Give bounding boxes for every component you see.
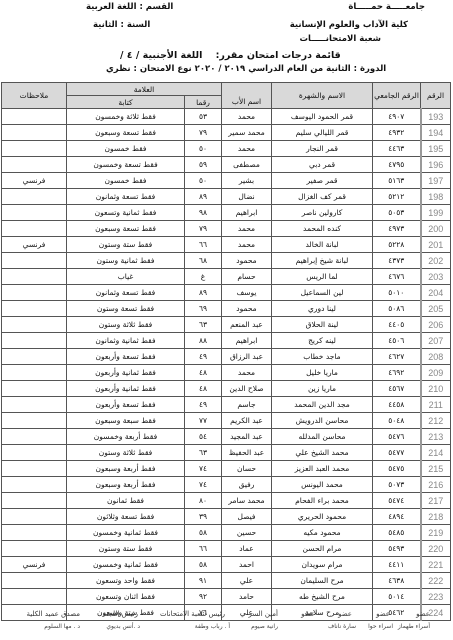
- row-father-name: محمد: [222, 365, 272, 381]
- row-grade-numeric: ٧٩: [185, 125, 222, 141]
- row-student-name: قمر دبي: [272, 157, 373, 173]
- signature-title: عضو: [301, 610, 315, 618]
- row-student-name: قمر كف الغزال: [272, 189, 373, 205]
- row-grade-written: فقط ستة وستون: [66, 541, 184, 557]
- row-father-name: عبد المجيد: [222, 429, 272, 445]
- row-grade-written: غياب: [66, 269, 184, 285]
- table-row: 204٥٠١٠لين السماعيليوسف٨٩فقط تسعة وثمانو…: [1, 285, 450, 301]
- row-father-name: رفيق: [222, 477, 272, 493]
- row-remark: [1, 365, 66, 381]
- row-grade-numeric: ٩١: [185, 573, 222, 589]
- row-father-name: ابراهيم: [222, 333, 272, 349]
- col-header-grade-written: كتابة: [66, 96, 184, 109]
- row-student-name: محمود الحريري: [272, 509, 373, 525]
- row-index: 198: [421, 189, 451, 205]
- row-father-name: احمد: [222, 557, 272, 573]
- row-grade-numeric: ٤٩: [185, 397, 222, 413]
- signature-name: اسراء حوا: [368, 623, 393, 630]
- table-row: 210٤٥٦٧ماريا زينصلاح الدين٤٨فقط ثمانية و…: [1, 381, 450, 397]
- row-grade-written: فقط ثمانية وخمسون: [66, 557, 184, 573]
- row-grade-written: فقط خمسون: [66, 173, 184, 189]
- signature-name: سارة ناناف: [328, 623, 356, 630]
- table-row: 215٥٤٧٥محمد العبد العزيزحسان٧٤فقط أربعة …: [1, 461, 450, 477]
- row-index: 210: [421, 381, 451, 397]
- row-grade-written: فقط خمسون: [66, 141, 184, 157]
- row-student-name: قمر صفير: [272, 173, 373, 189]
- row-grade-numeric: ٤٩: [185, 349, 222, 365]
- table-row: 212٥٠٤٨محاسن الدرويشعبد الكريم٧٧فقط سبعة…: [1, 413, 450, 429]
- row-father-name: نضال: [222, 189, 272, 205]
- table-row: 201٥٢٢٨لبانة الخالدمحمد٦٦فقط ستة وستونفر…: [1, 237, 450, 253]
- row-university-number: ٤٥٠٦: [373, 333, 421, 349]
- row-father-name: علي: [222, 573, 272, 589]
- table-row: 211٤٤٥٨مجد الدين المحمدجاسم٤٩فقط تسعة وأ…: [1, 397, 450, 413]
- row-remark: [1, 189, 66, 205]
- row-index: 202: [421, 253, 451, 269]
- row-remark: [1, 397, 66, 413]
- row-student-name: محمد العبد العزيز: [272, 461, 373, 477]
- row-remark: [1, 221, 66, 237]
- row-index: 204: [421, 285, 451, 301]
- signature-title: عضو: [338, 610, 352, 618]
- row-grade-numeric: ٥٠: [185, 173, 222, 189]
- row-grade-numeric: ٣٩: [185, 509, 222, 525]
- row-student-name: مرام الحسن: [272, 541, 373, 557]
- row-father-name: جاسم: [222, 397, 272, 413]
- row-grade-written: فقط ثلاثة وستون: [66, 317, 184, 333]
- row-grade-numeric: ٧٩: [185, 221, 222, 237]
- signature-title: عضو: [416, 610, 430, 618]
- row-student-name: مرح الشيخ طه: [272, 589, 373, 605]
- table-row: 219٥٤٨٥محمود مكيهحسين٥٨فقط ثمانية وخمسون: [1, 525, 450, 541]
- row-grade-written: فقط تسعة وثمانون: [66, 189, 184, 205]
- table-row: 197٥١٦٣قمر صفيربشير٥٠فقط خمسونفرنسي: [1, 173, 450, 189]
- row-grade-written: فقط اثنان وتسعون: [66, 589, 184, 605]
- row-father-name: محمود: [222, 253, 272, 269]
- row-remark: [1, 285, 66, 301]
- row-student-name: لينة الحلاق: [272, 317, 373, 333]
- row-grade-written: فقط ثمانون: [66, 493, 184, 509]
- row-remark: [1, 541, 66, 557]
- row-grade-numeric: ٥٨: [185, 557, 222, 573]
- row-university-number: ٤٥٦٧: [373, 381, 421, 397]
- row-index: 207: [421, 333, 451, 349]
- row-grade-written: فقط ثمانية وثمانون: [66, 333, 184, 349]
- row-university-number: ٤٧٩٥: [373, 157, 421, 173]
- row-student-name: محاسن الدرويش: [272, 413, 373, 429]
- row-grade-written: فقط ثلاثة وستون: [66, 445, 184, 461]
- row-university-number: ٥٠١٤: [373, 589, 421, 605]
- row-grade-numeric: ٦٦: [185, 237, 222, 253]
- row-student-name: مرام سويدان: [272, 557, 373, 573]
- row-remark: فرنسي: [1, 557, 66, 573]
- signature-name: رانية صيوم: [251, 623, 278, 630]
- row-remark: فرنسي: [1, 237, 66, 253]
- row-grade-numeric: ٩٨: [185, 205, 222, 221]
- table-row: 198٥٢١٢قمر كف الغزالنضال٨٩فقط تسعة وثمان…: [1, 189, 450, 205]
- table-row: 216٥٠٧٣محمد اليونسرفيق٧٤فقط أربعة وسبعون: [1, 477, 450, 493]
- row-grade-written: فقط تسعة وثمانون: [66, 285, 184, 301]
- row-grade-numeric: ٨٨: [185, 333, 222, 349]
- row-grade-numeric: ٤٨: [185, 365, 222, 381]
- row-father-name: محمود: [222, 301, 272, 317]
- row-student-name: كنده المحمد: [272, 221, 373, 237]
- row-index: 220: [421, 541, 451, 557]
- row-father-name: محمد: [222, 221, 272, 237]
- row-university-number: ٥٤٧٥: [373, 461, 421, 477]
- row-grade-numeric: ٦٩: [185, 301, 222, 317]
- table-row: 214٥٤٧٧محمد الشيخ عليعبد الحفيظ٦٣فقط ثلا…: [1, 445, 450, 461]
- row-student-name: قمر النجار: [272, 141, 373, 157]
- col-header-remarks: ملاحظات: [1, 83, 66, 109]
- table-row: 200٤٩٧٣كنده المحمدمحمد٧٩فقط تسعة وسبعون: [1, 221, 450, 237]
- row-student-name: لبانة الخالد: [272, 237, 373, 253]
- col-header-index: الرقم: [421, 83, 451, 109]
- row-index: 205: [421, 301, 451, 317]
- table-row: 202٤٣٧٣لبانة شيخ إبراهيممحمود٦٨فقط ثماني…: [1, 253, 450, 269]
- row-student-name: ماريا خليل: [272, 365, 373, 381]
- table-row: 207٤٥٠٦لينه كريجابراهيم٨٨فقط ثمانية وثما…: [1, 333, 450, 349]
- row-university-number: ٥٢١٢: [373, 189, 421, 205]
- row-grade-written: فقط تسعة وستون: [66, 301, 184, 317]
- row-university-number: ٥٠٨٦: [373, 301, 421, 317]
- row-university-number: ٤٤٥٨: [373, 397, 421, 413]
- row-university-number: ٤٩٧٣: [373, 221, 421, 237]
- row-grade-numeric: ٨٩: [185, 285, 222, 301]
- university-name: جامعـــــة حمـــــاة: [348, 2, 425, 12]
- row-remark: [1, 269, 66, 285]
- row-student-name: مرح السليمان: [272, 573, 373, 589]
- signature-title: رئيس اللجنة: [103, 610, 138, 618]
- row-student-name: محمد براء الفحام: [272, 493, 373, 509]
- signature-title: مصدق عميد الكلية: [26, 610, 80, 618]
- row-index: 223: [421, 589, 451, 605]
- row-grade-written: فقط ثلاثة وخمسون: [66, 109, 184, 125]
- signature-name: أسراء طهماز: [398, 623, 430, 630]
- table-row: 209٤٦٩٢ماريا خليلمحمد٤٨فقط ثمانية وأربعو…: [1, 365, 450, 381]
- row-student-name: لما الريس: [272, 269, 373, 285]
- table-row: 213٥٤٧٦محاسن المدللهعبد المجيد٥٤فقط أربع…: [1, 429, 450, 445]
- table-row: 195٤٤٦٣قمر النجارمحمد٥٠فقط خمسون: [1, 141, 450, 157]
- row-grade-numeric: ٩٢: [185, 589, 222, 605]
- faculty-name: كلية الآداب والعلوم الإنسانية: [290, 20, 408, 30]
- row-university-number: ٤٦٩٢: [373, 365, 421, 381]
- row-remark: [1, 589, 66, 605]
- row-university-number: ٥٠٧٣: [373, 477, 421, 493]
- row-grade-numeric: ٧٤: [185, 477, 222, 493]
- row-remark: [1, 461, 66, 477]
- row-father-name: عبد الحفيظ: [222, 445, 272, 461]
- row-university-number: ٥٤٧٤: [373, 493, 421, 509]
- row-grade-written: فقط ستة وستون: [66, 237, 184, 253]
- row-remark: فرنسي: [1, 173, 66, 189]
- grades-table-wrapper: الرقم الرقم الجامعي الاسم والشهرة العلام…: [2, 82, 451, 621]
- row-student-name: لينا دوري: [272, 301, 373, 317]
- row-index: 199: [421, 205, 451, 221]
- table-row: 194٤٩٣٢قمر الليالي سليممحمد سمير٧٩فقط تس…: [1, 125, 450, 141]
- row-index: 217: [421, 493, 451, 509]
- row-student-name: ماجد خطاب: [272, 349, 373, 365]
- signature-name: أ . رباب وطفة: [195, 623, 230, 630]
- row-index: 203: [421, 269, 451, 285]
- row-remark: [1, 125, 66, 141]
- row-father-name: يوسف: [222, 285, 272, 301]
- table-row: 222٤٦٣٨مرح السليمانعلي٩١فقط واحد وتسعون: [1, 573, 450, 589]
- row-university-number: ٥٤٧٧: [373, 445, 421, 461]
- signature-title: عضو: [376, 610, 390, 618]
- row-university-number: ٤٤٦٣: [373, 141, 421, 157]
- table-row: 217٥٤٧٤محمد براء الفحاممحمد سامر٨٠فقط ثم…: [1, 493, 450, 509]
- row-university-number: ٤٤٠٥: [373, 317, 421, 333]
- row-grade-numeric: ٥٩: [185, 157, 222, 173]
- row-grade-written: فقط أربعة وسبعون: [66, 461, 184, 477]
- signature-name: د .أنس بديوي: [106, 623, 140, 630]
- row-father-name: عماد: [222, 541, 272, 557]
- row-grade-written: فقط ثمانية وستون: [66, 253, 184, 269]
- row-university-number: ٥٤٩٣: [373, 541, 421, 557]
- row-grade-numeric: ٦٣: [185, 445, 222, 461]
- row-grade-numeric: ٥٨: [185, 525, 222, 541]
- row-index: 194: [421, 125, 451, 141]
- row-father-name: عبد المنعم: [222, 317, 272, 333]
- row-father-name: فيصل: [222, 509, 272, 525]
- row-father-name: عبد الكريم: [222, 413, 272, 429]
- row-grade-numeric: ٧٤: [185, 461, 222, 477]
- session-line: الدورة : الثانية من العام الدراسي ٢٠١٩ /…: [106, 64, 386, 74]
- row-index: 215: [421, 461, 451, 477]
- row-index: 213: [421, 429, 451, 445]
- row-university-number: ٥١٦٣: [373, 173, 421, 189]
- row-father-name: مصطفى: [222, 157, 272, 173]
- department-label: القسم : اللغة العربية: [86, 2, 173, 12]
- row-university-number: ٤٦٢٧: [373, 349, 421, 365]
- row-remark: [1, 157, 66, 173]
- row-grade-numeric: غ: [185, 269, 222, 285]
- row-index: 216: [421, 477, 451, 493]
- row-index: 219: [421, 525, 451, 541]
- row-university-number: ٤٨٩٤: [373, 509, 421, 525]
- row-grade-written: فقط ثمانية وأربعون: [66, 365, 184, 381]
- table-row: 205٥٠٨٦لينا دوريمحمود٦٩فقط تسعة وستون: [1, 301, 450, 317]
- signature-title: رئيس شعبة الامتحانات: [160, 610, 225, 618]
- row-father-name: حسين: [222, 525, 272, 541]
- year-label: السنة : الثانية: [93, 20, 150, 30]
- table-row: 208٤٦٢٧ماجد خطابعبد الرزاق٤٩فقط تسعة وأر…: [1, 349, 450, 365]
- row-index: 195: [421, 141, 451, 157]
- row-index: 214: [421, 445, 451, 461]
- row-grade-written: فقط تسعة وأربعون: [66, 397, 184, 413]
- row-grade-written: فقط تسعة وسبعون: [66, 221, 184, 237]
- row-student-name: قمر الحمود اليوسف: [272, 109, 373, 125]
- row-university-number: ٥٠٤٨: [373, 413, 421, 429]
- row-index: 209: [421, 365, 451, 381]
- row-grade-numeric: ٨٠: [185, 493, 222, 509]
- row-student-name: لين السماعيل: [272, 285, 373, 301]
- table-row: 203٤٦٧٦لما الريسحسامغغياب: [1, 269, 450, 285]
- row-university-number: ٤٣٧٣: [373, 253, 421, 269]
- row-grade-numeric: ٧٧: [185, 413, 222, 429]
- row-grade-numeric: ٥٣: [185, 109, 222, 125]
- row-grade-numeric: ٦٦: [185, 541, 222, 557]
- col-header-name: الاسم والشهرة: [272, 83, 373, 109]
- row-grade-written: فقط تسعة وأربعون: [66, 349, 184, 365]
- table-row: 221٤٤١١مرام سويداناحمد٥٨فقط ثمانية وخمسو…: [1, 557, 450, 573]
- row-remark: [1, 477, 66, 493]
- page-title: قائمة درجات امتحان مقرر: اللغة الأجنبية …: [120, 50, 341, 61]
- grades-table-body: 193٤٩٠٧قمر الحمود اليوسفمحمد٥٣فقط ثلاثة …: [1, 109, 450, 621]
- row-student-name: محمد الشيخ علي: [272, 445, 373, 461]
- row-index: 222: [421, 573, 451, 589]
- row-student-name: محاسن المدلله: [272, 429, 373, 445]
- row-grade-written: فقط أربعة وسبعون: [66, 477, 184, 493]
- grades-table: الرقم الرقم الجامعي الاسم والشهرة العلام…: [1, 82, 451, 621]
- row-index: 221: [421, 557, 451, 573]
- row-university-number: ٥٤٨٥: [373, 525, 421, 541]
- row-remark: [1, 317, 66, 333]
- row-grade-numeric: ٥٠: [185, 141, 222, 157]
- row-grade-numeric: ٥٤: [185, 429, 222, 445]
- row-grade-written: فقط أربعة وخمسون: [66, 429, 184, 445]
- table-row: 223٥٠١٤مرح الشيخ طهحامد٩٢فقط اثنان وتسعو…: [1, 589, 450, 605]
- row-remark: [1, 141, 66, 157]
- row-grade-numeric: ٨٩: [185, 189, 222, 205]
- col-header-grade-group: العلامة: [66, 83, 221, 96]
- row-remark: [1, 429, 66, 445]
- title-prefix: قائمة درجات امتحان مقرر:: [216, 50, 341, 61]
- row-student-name: لبانة شيخ إبراهيم: [272, 253, 373, 269]
- table-row: 220٥٤٩٣مرام الحسنعماد٦٦فقط ستة وستون: [1, 541, 450, 557]
- table-row: 193٤٩٠٧قمر الحمود اليوسفمحمد٥٣فقط ثلاثة …: [1, 109, 450, 125]
- row-remark: [1, 413, 66, 429]
- row-father-name: حامد: [222, 589, 272, 605]
- row-grade-written: فقط ثمانية وأربعون: [66, 381, 184, 397]
- row-father-name: حسام: [222, 269, 272, 285]
- row-remark: [1, 381, 66, 397]
- row-remark: [1, 509, 66, 525]
- row-index: 201: [421, 237, 451, 253]
- row-index: 196: [421, 157, 451, 173]
- row-student-name: لينه كريج: [272, 333, 373, 349]
- col-header-university-number: الرقم الجامعي: [373, 83, 421, 109]
- table-row: 218٤٨٩٤محمود الحريريفيصل٣٩فقط تسعة وثلاث…: [1, 509, 450, 525]
- row-university-number: ٥٠٥٣: [373, 205, 421, 221]
- row-university-number: ٥٠١٠: [373, 285, 421, 301]
- row-father-name: محمد سامر: [222, 493, 272, 509]
- table-row: 196٤٧٩٥قمر دبيمصطفى٥٩فقط تسعة وخمسون: [1, 157, 450, 173]
- row-index: 211: [421, 397, 451, 413]
- row-index: 193: [421, 109, 451, 125]
- col-header-grade-numeric: رقما: [185, 96, 222, 109]
- row-grade-numeric: ٦٨: [185, 253, 222, 269]
- row-remark: [1, 109, 66, 125]
- row-university-number: ٤٤١١: [373, 557, 421, 573]
- row-student-name: مرح سلامة: [272, 605, 373, 621]
- col-header-father-spacer: [222, 83, 272, 96]
- row-index: 218: [421, 509, 451, 525]
- row-remark: [1, 445, 66, 461]
- row-remark: [1, 349, 66, 365]
- row-remark: [1, 301, 66, 317]
- row-father-name: حسان: [222, 461, 272, 477]
- row-father-name: ابراهيم: [222, 205, 272, 221]
- row-index: 208: [421, 349, 451, 365]
- row-grade-written: فقط واحد وتسعون: [66, 573, 184, 589]
- table-row: 199٥٠٥٣كارولين ناصرابراهيم٩٨فقط ثمانية و…: [1, 205, 450, 221]
- row-university-number: ٤٩٣٢: [373, 125, 421, 141]
- row-grade-written: فقط ثمانية وتسعون: [66, 205, 184, 221]
- row-grade-written: فقط تسعة وثلاثون: [66, 509, 184, 525]
- row-student-name: قمر الليالي سليم: [272, 125, 373, 141]
- row-father-name: بشير: [222, 173, 272, 189]
- table-row: 206٤٤٠٥لينة الحلاقعبد المنعم٦٣فقط ثلاثة …: [1, 317, 450, 333]
- row-index: 212: [421, 413, 451, 429]
- row-father-name: محمد سمير: [222, 125, 272, 141]
- row-grade-numeric: ٤٨: [185, 381, 222, 397]
- row-remark: [1, 205, 66, 221]
- row-father-name: عبد الرزاق: [222, 349, 272, 365]
- row-university-number: ٥٤٧٦: [373, 429, 421, 445]
- row-student-name: مجد الدين المحمد: [272, 397, 373, 413]
- row-index: 206: [421, 317, 451, 333]
- row-grade-written: فقط ثمانية وخمسون: [66, 525, 184, 541]
- row-grade-written: فقط تسعة وسبعون: [66, 125, 184, 141]
- row-grade-written: فقط سبعة وسبعون: [66, 413, 184, 429]
- row-father-name: محمد: [222, 141, 272, 157]
- row-student-name: كارولين ناصر: [272, 205, 373, 221]
- row-university-number: ٤٦٧٦: [373, 269, 421, 285]
- row-remark: [1, 493, 66, 509]
- exam-division: شعبة الامتحانـــــات: [300, 34, 382, 44]
- row-father-name: محمد: [222, 237, 272, 253]
- row-university-number: ٥٢٢٨: [373, 237, 421, 253]
- row-father-name: محمد: [222, 109, 272, 125]
- row-index: 197: [421, 173, 451, 189]
- row-student-name: ماريا زين: [272, 381, 373, 397]
- row-remark: [1, 253, 66, 269]
- signature-title: أمين السر: [248, 610, 278, 618]
- row-remark: [1, 333, 66, 349]
- row-remark: [1, 525, 66, 541]
- col-header-father-name: اسم الأب: [222, 96, 272, 109]
- row-student-name: محمود مكيه: [272, 525, 373, 541]
- row-remark: [1, 573, 66, 589]
- row-father-name: صلاح الدين: [222, 381, 272, 397]
- row-grade-numeric: ٦٣: [185, 317, 222, 333]
- row-index: 200: [421, 221, 451, 237]
- row-university-number: ٤٩٠٧: [373, 109, 421, 125]
- row-university-number: ٤٦٣٨: [373, 573, 421, 589]
- row-grade-written: فقط تسعة وخمسون: [66, 157, 184, 173]
- row-student-name: محمد اليونس: [272, 477, 373, 493]
- course-name: اللغة الأجنبية / ٤ /: [120, 50, 202, 61]
- signature-name: د . مها السلوم: [44, 623, 80, 630]
